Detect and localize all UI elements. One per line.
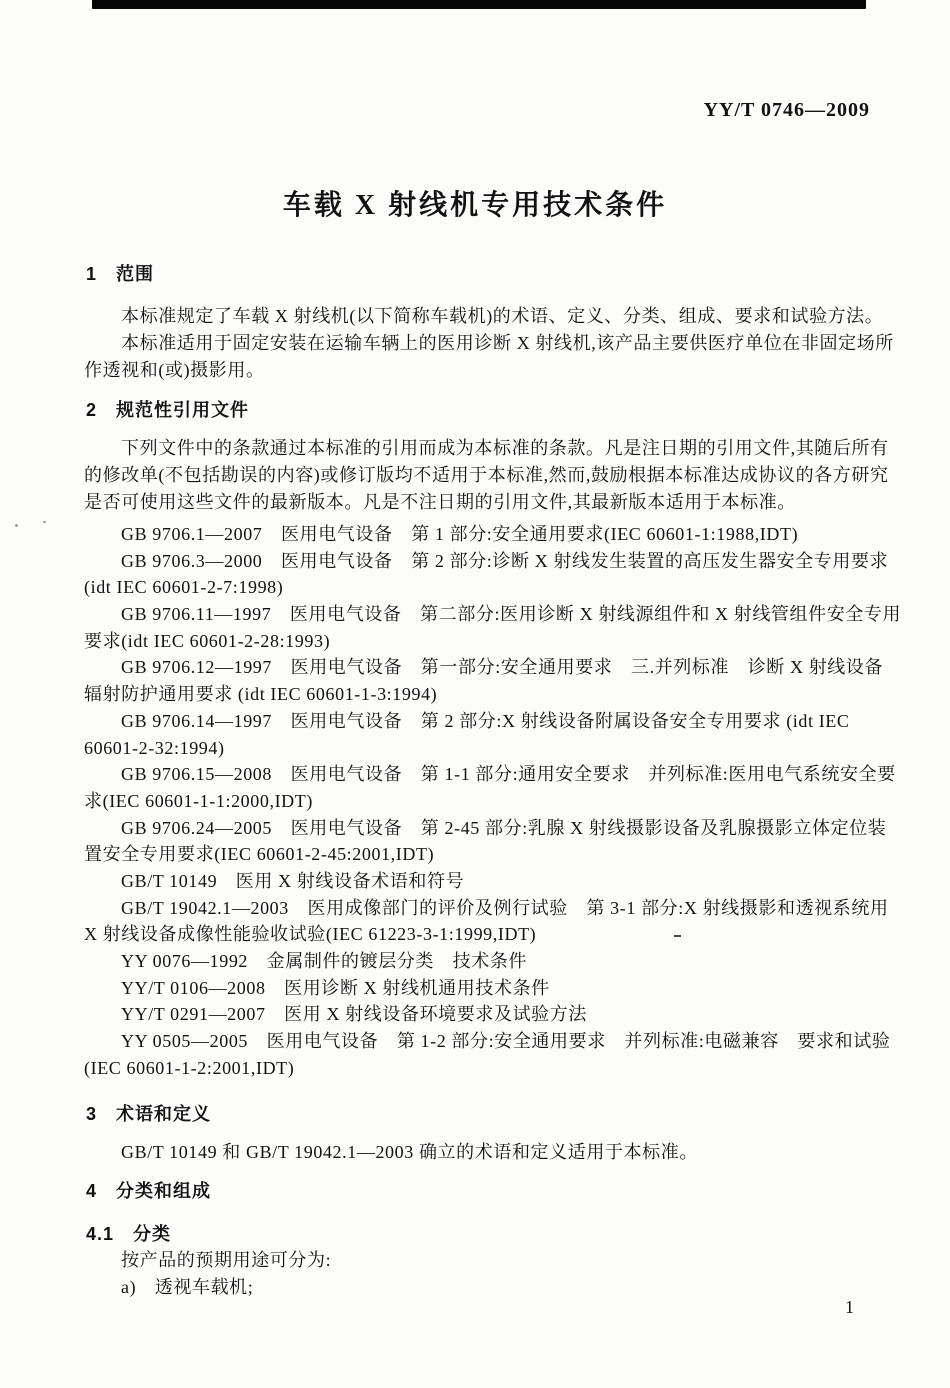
scope-paragraphs: 本标准规定了车载 X 射线机(以下简称车载机)的术语、定义、分类、组成、要求和试… [84, 303, 874, 385]
text-line: 本标准规定了车载 X 射线机(以下简称车载机)的术语、定义、分类、组成、要求和试… [84, 303, 874, 330]
text-line: 按产品的预期用途可分为: [84, 1247, 874, 1274]
text-line: 本标准适用于固定安装在运输车辆上的医用诊断 X 射线机,该产品主要供医疗单位在非… [84, 330, 874, 357]
reference-line: GB 9706.15—2008 医用电气设备 第 1-1 部分:通用安全要求 并… [84, 761, 874, 788]
standard-number: YY/T 0746—2009 [704, 99, 870, 122]
reference-line: (idt IEC 60601-2-7:1998) [84, 574, 874, 601]
reference-list: GB 9706.1—2007 医用电气设备 第 1 部分:安全通用要求(IEC … [84, 521, 874, 1081]
section-heading-normative-references: 2 规范性引用文件 [86, 396, 872, 422]
reference-line: X 射线设备成像性能验收试验(IEC 61223-3-1:1999,IDT) [84, 921, 874, 948]
section-heading-scope: 1 范围 [86, 260, 872, 286]
terms-paragraph: GB/T 10149 和 GB/T 19042.1—2003 确立的术语和定义适… [84, 1139, 874, 1166]
text-line: 下列文件中的条款通过本标准的引用而成为本标准的条款。凡是注日期的引用文件,其随后… [84, 435, 874, 462]
reference-line: YY 0076—1992 金属制件的镀层分类 技术条件 [84, 948, 874, 975]
scanned-page: YY/T 0746—2009 车载 X 射线机专用技术条件 1 范围 本标准规定… [0, 0, 950, 1388]
text-line: 作透视和(或)摄影用。 [84, 357, 874, 384]
reference-line: GB 9706.3—2000 医用电气设备 第 2 部分:诊断 X 射线发生装置… [84, 548, 874, 575]
reference-line: 60601-2-32:1994) [84, 735, 874, 762]
reference-line: GB/T 19042.1—2003 医用成像部门的评价及例行试验 第 3-1 部… [84, 895, 874, 922]
reference-line: 要求(idt IEC 60601-2-28:1993) [84, 628, 874, 655]
reference-line: GB 9706.11—1997 医用电气设备 第二部分:医用诊断 X 射线源组件… [84, 601, 874, 628]
reference-line: GB 9706.1—2007 医用电气设备 第 1 部分:安全通用要求(IEC … [84, 521, 874, 548]
reference-line: GB 9706.12—1997 医用电气设备 第一部分:安全通用要求 三.并列标… [84, 654, 874, 681]
reference-line: GB/T 10149 医用 X 射线设备术语和符号 [84, 868, 874, 895]
scan-speck [674, 935, 681, 937]
scan-edge-artifact [92, 0, 866, 9]
reference-line: YY 0505—2005 医用电气设备 第 1-2 部分:安全通用要求 并列标准… [84, 1028, 874, 1055]
section-heading-classification: 4 分类和组成 [86, 1177, 872, 1203]
reference-line: 辐射防护通用要求 (idt IEC 60601-1-3:1994) [84, 681, 874, 708]
reference-line: (IEC 60601-1-2:2001,IDT) [84, 1055, 874, 1082]
list-item-a: a) 透视车载机; [84, 1274, 874, 1301]
normative-intro-paragraph: 下列文件中的条款通过本标准的引用而成为本标准的条款。凡是注日期的引用文件,其随后… [84, 435, 874, 517]
scan-speck [43, 521, 46, 523]
reference-line: GB 9706.14—1997 医用电气设备 第 2 部分:X 射线设备附属设备… [84, 708, 874, 735]
reference-line: YY/T 0291—2007 医用 X 射线设备环境要求及试验方法 [84, 1001, 874, 1028]
classification-list: a) 透视车载机; [84, 1274, 874, 1301]
text-line: 的修改单(不包括勘误的内容)或修订版均不适用于本标准,然而,鼓励根据本标准达成协… [84, 462, 874, 489]
section-heading-terms: 3 术语和定义 [86, 1100, 872, 1126]
reference-line: YY/T 0106—2008 医用诊断 X 射线机通用技术条件 [84, 975, 874, 1002]
subsection-heading-classification: 4.1 分类 [86, 1220, 872, 1246]
reference-line: 置安全专用要求(IEC 60601-2-45:2001,IDT) [84, 841, 874, 868]
reference-line: 求(IEC 60601-1-1:2000,IDT) [84, 788, 874, 815]
scan-speck [15, 524, 18, 527]
text-line: GB/T 10149 和 GB/T 19042.1—2003 确立的术语和定义适… [84, 1139, 874, 1166]
text-line: 是否可使用这些文件的最新版本。凡是不注日期的引用文件,其最新版本适用于本标准。 [84, 489, 874, 516]
page-number: 1 [845, 1297, 854, 1318]
document-title: 车载 X 射线机专用技术条件 [0, 183, 950, 223]
reference-line: GB 9706.24—2005 医用电气设备 第 2-45 部分:乳腺 X 射线… [84, 815, 874, 842]
classification-paragraph: 按产品的预期用途可分为: [84, 1247, 874, 1274]
